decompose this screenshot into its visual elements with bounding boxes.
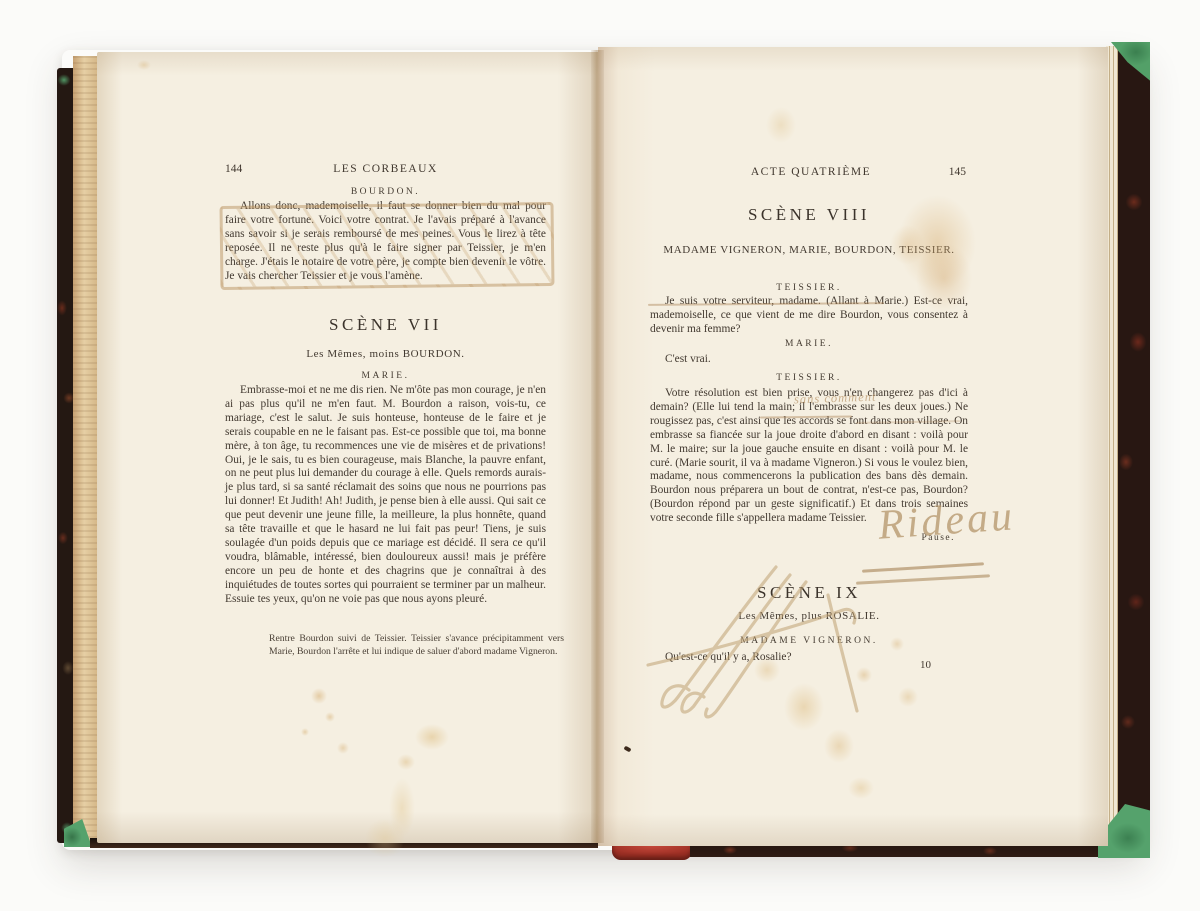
book-cover-right-board [1118, 42, 1150, 858]
scene-vii-heading: SCÈNE VII [225, 315, 546, 335]
speech-teissier-1: Je suis votre serviteur, madame. (Allant… [650, 295, 968, 337]
foxing-spot [415, 724, 449, 750]
speaker-marie: MARIE. [225, 371, 546, 381]
foxing-spot [848, 777, 874, 799]
speaker-teissier-1: TEISSIER. [650, 283, 968, 293]
right-page-header: ACTE QUATRIÈME 145 [650, 166, 972, 178]
book-photo: 144 LES CORBEAUX BOURDON. Allons donc, m… [0, 0, 1200, 911]
foxing-smudge [389, 778, 415, 838]
foxing-smudge [365, 818, 405, 858]
scene-vii-cast: Les Mêmes, moins BOURDON. [225, 348, 546, 360]
scene-viii-cast: MADAME VIGNERON, MARIE, BOURDON, TEISSIE… [650, 244, 968, 256]
pencil-scrawl [638, 537, 958, 767]
stage-direction: Rentre Bourdon suivi de Teissier. Teissi… [239, 632, 564, 658]
dark-speck [623, 746, 631, 753]
foxing-spot [766, 107, 796, 143]
running-head-left: LES CORBEAUX [225, 163, 546, 175]
foxing-spot [397, 754, 415, 770]
speech-marie: Embrasse-moi et ne me dis rien. Ne m'ôte… [225, 384, 546, 607]
foxing-spot [137, 60, 151, 70]
left-page-number: 144 [225, 163, 242, 175]
running-head-right: ACTE QUATRIÈME [650, 166, 972, 178]
foxing-spot [301, 728, 309, 736]
pencil-marginalia: sans comment [794, 390, 877, 408]
foxing-spot [325, 712, 335, 722]
left-page: 144 LES CORBEAUX BOURDON. Allons donc, m… [97, 52, 598, 843]
page-block-edge-left [73, 56, 98, 843]
right-page: ACTE QUATRIÈME 145 SCÈNE VIII MADAME VIG… [598, 47, 1108, 846]
foxing-spot [337, 742, 349, 754]
right-page-number: 145 [949, 166, 966, 178]
speaker-teissier-2: TEISSIER. [650, 373, 968, 383]
speaker-bourdon: BOURDON. [225, 187, 546, 197]
speaker-marie-2: MARIE. [650, 339, 968, 349]
pencil-annotation-box [219, 202, 554, 290]
foxing-spot [311, 688, 327, 704]
speech-marie-2: C'est vrai. [650, 353, 968, 367]
scene-viii-heading: SCÈNE VIII [650, 205, 968, 225]
book-gutter [591, 50, 604, 843]
left-page-header: 144 LES CORBEAUX [225, 163, 546, 175]
